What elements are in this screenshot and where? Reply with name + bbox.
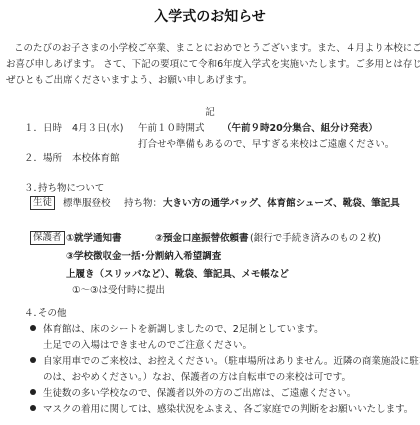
document-title: 入学式のお知らせ — [0, 10, 420, 24]
bullet-item: 生徒数の多い学校なので、保護者以外の方のご出席は、ご遠慮ください。 — [30, 389, 356, 399]
bullet-icon — [30, 405, 36, 411]
student-attire: 標準服登校 — [63, 199, 111, 209]
start-time: 午前１０時開式 — [138, 124, 205, 134]
intro-line-1: このたびのお子さまの小学校ご卒業、まことにおめでとうございます。また、４月より本… — [14, 44, 420, 54]
bullet-item: マスクの着用に関しては、感染状況をふまえ、各ご家庭での判断をお願いいたします。 — [30, 405, 413, 415]
section-label: その他 — [38, 309, 67, 319]
section-number: ２． — [24, 154, 43, 164]
guardian-doc-2: ②預金口座振替依頼書 — [155, 234, 249, 244]
guardian-items: 上履き（スリッパなど）、靴袋、筆記具、メモ帳など — [66, 270, 289, 280]
bullet-text: 生徒数の多い学校なので、保護者以外の方のご出席は、ご遠慮ください。 — [43, 388, 356, 399]
venue-value: 本校体育館 — [72, 154, 120, 164]
student-items-label: 持ち物： — [124, 199, 162, 209]
bullet-item: 自家用車でのご来校は、お控えください。（駐車場所はありません。近隣の商業施設に駐… — [30, 357, 420, 367]
guardian-tag: 保護者 — [30, 231, 65, 245]
bullet-icon — [30, 325, 36, 331]
bullet-text: 体育館は、床のシートを新調しましたので、2足制としています。 — [43, 324, 324, 335]
bullet-icon — [30, 357, 36, 363]
submission-note: ①～③は受付時に提出 — [72, 286, 165, 296]
bullet-icon — [30, 389, 36, 395]
section-number: １． — [24, 124, 43, 134]
section-label: 持ち物について — [38, 184, 104, 194]
bullet-continuation: のは、おやめください。）なお、保護者の方は自転車での来校は可です。 — [43, 373, 351, 383]
event-date: 4月３日(水) — [72, 124, 123, 134]
arrival-note: 打合せや準備もあるので、早すぎる来校はご遠慮ください。 — [138, 140, 394, 150]
student-tag: 生徒 — [30, 196, 55, 210]
intro-line-2: お喜び申しあげます。 さて、下記の要項にて令和6年度入学式を実施いたします。ご多… — [6, 60, 420, 70]
guardian-doc-1: ①就学通知書 — [66, 234, 122, 244]
ki-marker: 記 — [0, 108, 420, 118]
bullet-text: 自家用車でのご来校は、お控えください。（駐車場所はありません。近隣の商業施設に駐… — [43, 356, 420, 367]
section-label: 日時 — [43, 124, 62, 134]
gathering-time: （午前９時20分集合、組分け発表） — [222, 124, 378, 134]
intro-line-3: ぜひともご出席くださいますよう、お願い申しあげます。 — [6, 76, 252, 86]
guardian-doc-3: ③学校徴収金一括･分割納入希望調査 — [66, 252, 221, 262]
guardian-doc-2-note: (銀行で手続き済みのもの２枚) — [250, 234, 381, 244]
bullet-continuation: 土足での入場はできませんのでご注意ください。 — [43, 341, 252, 351]
bullet-text: マスクの着用に関しては、感染状況をふまえ、各ご家庭での判断をお願いいたします。 — [43, 404, 413, 415]
student-items: 大きい方の通学バッグ、体育館シューズ、靴袋、筆記具 — [163, 199, 400, 209]
section-label: 場所 — [43, 154, 62, 164]
bullet-item: 体育館は、床のシートを新調しましたので、2足制としています。 — [30, 325, 324, 335]
